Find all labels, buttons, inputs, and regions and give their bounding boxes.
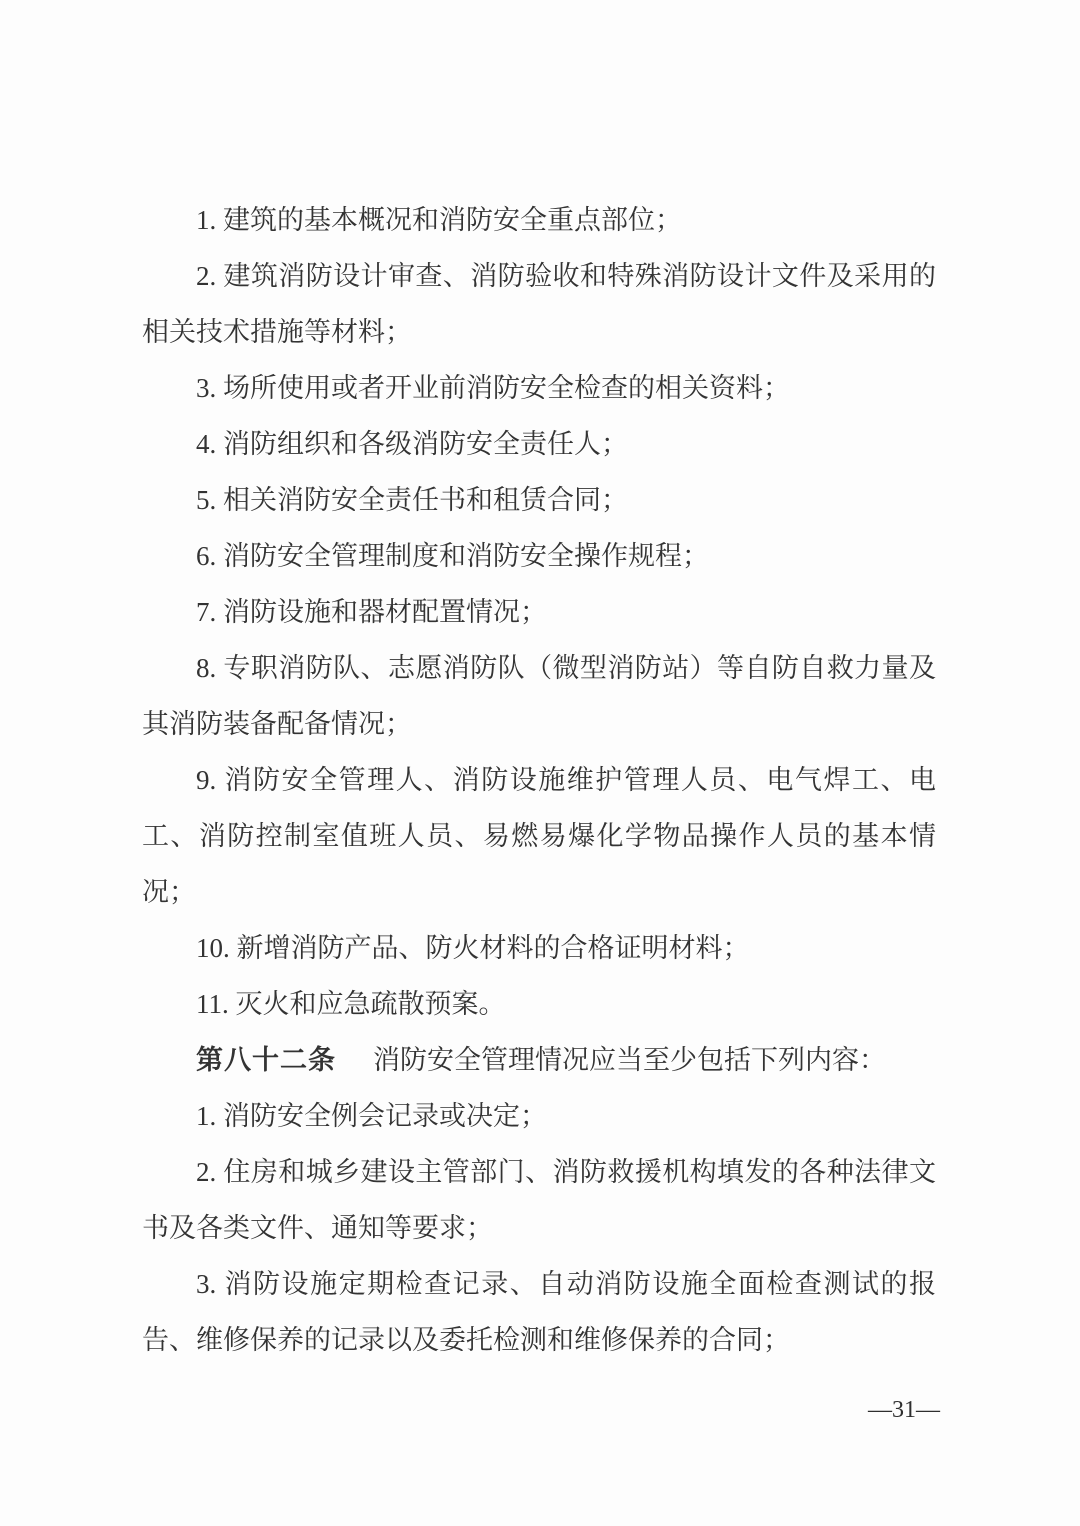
list-item-paragraph: 3. 场所使用或者开业前消防安全检查的相关资料； bbox=[142, 360, 936, 416]
paragraph-text: 7. 消防设施和器材配置情况； bbox=[196, 597, 547, 627]
paragraph-text: 9. 消防安全管理人、消防设施维护管理人员、电气焊工、电工、消防控制室值班人员、… bbox=[142, 765, 936, 907]
list-item-paragraph: 11. 灭火和应急疏散预案。 bbox=[142, 976, 936, 1032]
list-item-paragraph: 9. 消防安全管理人、消防设施维护管理人员、电气焊工、电工、消防控制室值班人员、… bbox=[142, 752, 936, 920]
list-item-paragraph: 4. 消防组织和各级消防安全责任人； bbox=[142, 416, 936, 472]
paragraph-text: 2. 建筑消防设计审查、消防验收和特殊消防设计文件及采用的相关技术措施等材料； bbox=[142, 261, 936, 347]
list-item-paragraph: 10. 新增消防产品、防火材料的合格证明材料； bbox=[142, 920, 936, 976]
article-clause-paragraph: 第八十二条消防安全管理情况应当至少包括下列内容： bbox=[142, 1032, 936, 1088]
article-number-term: 第八十二条 bbox=[196, 1045, 336, 1075]
list-item-paragraph: 6. 消防安全管理制度和消防安全操作规程； bbox=[142, 528, 936, 584]
paragraph-text: 2. 住房和城乡建设主管部门、消防救援机构填发的各种法律文书及各类文件、通知等要… bbox=[142, 1157, 936, 1243]
paragraph-text: 6. 消防安全管理制度和消防安全操作规程； bbox=[196, 541, 709, 571]
paragraph-text: 3. 消防设施定期检查记录、自动消防设施全面检查测试的报告、维修保养的记录以及委… bbox=[142, 1269, 936, 1355]
list-item-paragraph: 7. 消防设施和器材配置情况； bbox=[142, 584, 936, 640]
paragraph-text: 3. 场所使用或者开业前消防安全检查的相关资料； bbox=[196, 373, 790, 403]
document-body: 1. 建筑的基本概况和消防安全重点部位；2. 建筑消防设计审查、消防验收和特殊消… bbox=[142, 192, 936, 1368]
list-item-paragraph: 2. 建筑消防设计审查、消防验收和特殊消防设计文件及采用的相关技术措施等材料； bbox=[142, 248, 936, 360]
paragraph-text: 1. 消防安全例会记录或决定； bbox=[196, 1101, 547, 1131]
paragraph-text: 4. 消防组织和各级消防安全责任人； bbox=[196, 429, 628, 459]
paragraph-text: 消防安全管理情况应当至少包括下列内容： bbox=[373, 1045, 886, 1075]
paragraph-text: 11. 灭火和应急疏散预案。 bbox=[196, 989, 506, 1019]
paragraph-text: 1. 建筑的基本概况和消防安全重点部位； bbox=[196, 205, 682, 235]
document-page: 1. 建筑的基本概况和消防安全重点部位；2. 建筑消防设计审查、消防验收和特殊消… bbox=[0, 0, 1080, 1526]
paragraph-text: 10. 新增消防产品、防火材料的合格证明材料； bbox=[196, 933, 750, 963]
paragraph-text: 8. 专职消防队、志愿消防队（微型消防站）等自防自救力量及其消防装备配备情况； bbox=[142, 653, 936, 739]
paragraph-text: 5. 相关消防安全责任书和租赁合同； bbox=[196, 485, 628, 515]
list-item-paragraph: 1. 消防安全例会记录或决定； bbox=[142, 1088, 936, 1144]
page-number: —31— bbox=[868, 1394, 940, 1426]
list-item-paragraph: 5. 相关消防安全责任书和租赁合同； bbox=[142, 472, 936, 528]
list-item-paragraph: 2. 住房和城乡建设主管部门、消防救援机构填发的各种法律文书及各类文件、通知等要… bbox=[142, 1144, 936, 1256]
list-item-paragraph: 1. 建筑的基本概况和消防安全重点部位； bbox=[142, 192, 936, 248]
list-item-paragraph: 8. 专职消防队、志愿消防队（微型消防站）等自防自救力量及其消防装备配备情况； bbox=[142, 640, 936, 752]
list-item-paragraph: 3. 消防设施定期检查记录、自动消防设施全面检查测试的报告、维修保养的记录以及委… bbox=[142, 1256, 936, 1368]
